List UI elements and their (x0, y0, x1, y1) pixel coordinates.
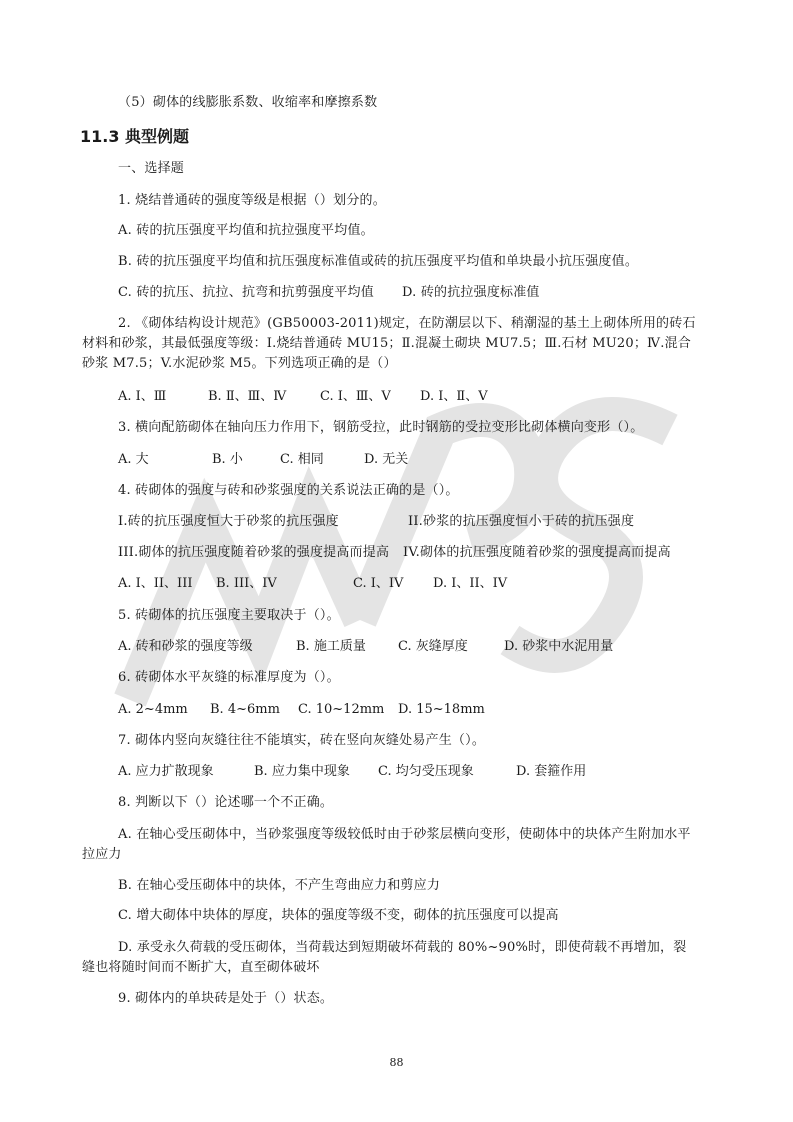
question-1-stem: 1. 烧结普通砖的强度等级是根据（）划分的。 (118, 192, 386, 210)
question-8-stem: 8. 判断以下（）论述哪一个不正确。 (118, 794, 333, 812)
question-8-option-b: B. 在轴心受压砌体中的块体，不产生弯曲应力和剪应力 (118, 877, 440, 895)
question-4-statement-2: II.砂浆的抗压强度恒小于砖的抗压强度 (408, 513, 634, 531)
question-4-option-a: A. I、II、III (118, 575, 192, 593)
question-4-option-d: D. I、II、IV (433, 575, 507, 593)
question-7-option-a: A. 应力扩散现象 (118, 763, 214, 781)
question-7-option-b: B. 应力集中现象 (254, 763, 350, 781)
question-3-option-c: C. 相同 (280, 451, 324, 469)
question-1-option-d: D. 砖的抗拉强度标准值 (402, 284, 540, 302)
document-page: （5）砌体的线膨胀系数、收缩率和摩擦系数 11.3 典型例题 一、选择题 1. … (0, 0, 793, 1122)
question-5-stem: 5. 砖砌体的抗压强度主要取决于（）。 (118, 607, 340, 625)
question-4-statement-1: I.砖的抗压强度恒大于砂浆的抗压强度 (118, 513, 339, 531)
question-7-option-c: C. 均匀受压现象 (378, 763, 474, 781)
question-1-option-a: A. 砖的抗压强度平均值和抗拉强度平均值。 (118, 222, 374, 240)
question-2-option-a: A. I、Ⅲ (118, 388, 166, 406)
question-3-option-a: A. 大 (118, 451, 149, 469)
question-4-option-b: B. III、IV (216, 575, 277, 593)
question-4-statement-4: IV.砌体的抗压强度随着砂浆的强度提高而提高 (403, 544, 671, 562)
question-7-stem: 7. 砌体内竖向灰缝往往不能填实，砖在竖向灰缝处易产生（）。 (118, 732, 485, 750)
question-4-option-c: C. I、IV (353, 575, 403, 593)
question-6-option-b: B. 4~6mm (210, 701, 280, 719)
section-heading: 11.3 典型例题 (80, 124, 189, 147)
question-9-stem: 9. 砌体内的单块砖是处于（）状态。 (118, 990, 333, 1008)
question-3-option-d: D. 无关 (364, 451, 408, 469)
question-2-option-d: D. I、Ⅱ、V (420, 388, 488, 406)
question-8-option-c: C. 增大砌体中块体的厚度，块体的强度等级不变，砌体的抗压强度可以提高 (118, 907, 559, 925)
question-7-option-d: D. 套箍作用 (516, 763, 586, 781)
question-6-option-a: A. 2~4mm (118, 701, 188, 719)
page-number: 88 (0, 1056, 793, 1069)
question-5-option-d: D. 砂浆中水泥用量 (504, 638, 613, 656)
question-4-statement-3: III.砌体的抗压强度随着砂浆的强度提高而提高 (118, 544, 389, 562)
intro-item: （5）砌体的线膨胀系数、收缩率和摩擦系数 (118, 94, 377, 112)
question-5-option-c: C. 灰缝厚度 (398, 638, 468, 656)
question-6-stem: 6. 砖砌体水平灰缝的标准厚度为（）。 (118, 669, 340, 687)
question-2-option-c: C. I、Ⅲ、V (320, 388, 391, 406)
question-3-option-b: B. 小 (212, 451, 243, 469)
question-1-option-b: B. 砖的抗压强度平均值和抗压强度标准值或砖的抗压强度平均值和单块最小抗压强度值… (118, 253, 638, 271)
question-2-option-b: B. Ⅱ、Ⅲ、Ⅳ (208, 388, 286, 406)
question-1-option-c: C. 砖的抗压、抗拉、抗弯和抗剪强度平均值 (118, 284, 374, 302)
question-8-option-d: D. 承受永久荷载的受压砌体，当荷载达到短期破坏荷载的 80%~90%时，即使荷… (82, 938, 696, 978)
question-3-stem: 3. 横向配筋砌体在轴向压力作用下，钢筋受拉，此时钢筋的受拉变形比砌体横向变形（… (118, 419, 643, 437)
question-8-option-a: A. 在轴心受压砌体中，当砂浆强度等级较低时由于砂浆层横向变形，使砌体中的块体产… (82, 825, 696, 865)
question-6-option-d: D. 15~18mm (398, 701, 485, 719)
question-5-option-b: B. 施工质量 (296, 638, 366, 656)
question-5-option-a: A. 砖和砂浆的强度等级 (118, 638, 253, 656)
subsection-title: 一、选择题 (118, 160, 184, 178)
question-4-stem: 4. 砖砌体的强度与砖和砂浆强度的关系说法正确的是（）。 (118, 482, 459, 500)
question-2-stem: 2. 《砌体结构设计规范》(GB50003-2011)规定，在防潮层以下、稍潮湿… (82, 314, 696, 374)
question-6-option-c: C. 10~12mm (298, 701, 384, 719)
